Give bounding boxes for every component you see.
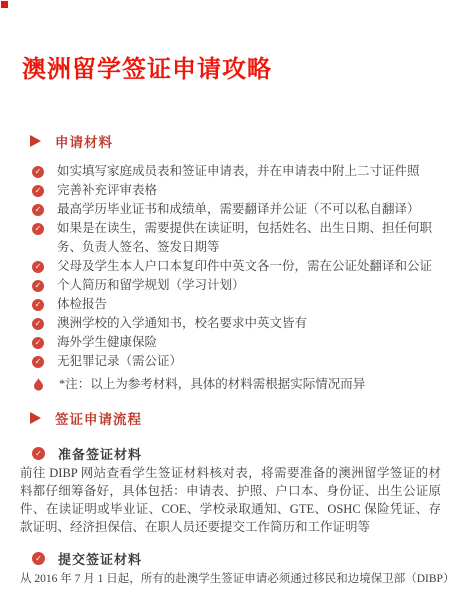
step-title: 准备签证材料: [58, 444, 142, 463]
corner-mark: [1, 1, 8, 8]
check-circle-icon: ✓: [32, 261, 44, 273]
step-submit-header: ✓ 提交签证材料: [20, 550, 441, 566]
list-item-text: 个人简历和留学规划（学习计划）: [57, 276, 441, 295]
page-title: 澳洲留学签证申请攻略: [20, 0, 441, 85]
list-item: ✓ 个人简历和留学规划（学习计划）: [20, 276, 441, 295]
check-circle-icon: ✓: [32, 204, 44, 216]
check-circle-icon: ✓: [32, 166, 44, 178]
list-item: ✓ 父母及学生本人户口本复印件中英文各一份，需在公证处翻译和公证: [20, 257, 441, 276]
section-title: 申请材料: [55, 131, 113, 151]
list-item-text: 澳洲学校的入学通知书，校名要求中英文皆有: [57, 314, 441, 333]
section-title: 签证申请流程: [55, 408, 142, 428]
check-circle-icon: ✓: [32, 447, 45, 460]
check-circle-icon: ✓: [32, 185, 44, 197]
list-item-text: 完善补充评审表格: [57, 181, 441, 200]
check-circle-icon: ✓: [32, 318, 44, 330]
check-circle-icon: ✓: [32, 337, 44, 349]
list-item-text: 海外学生健康保险: [57, 333, 441, 352]
list-item: ✓ 无犯罪记录（需公证）: [20, 352, 441, 371]
list-item-text: 如果是在读生，需要提供在读证明，包括姓名、出生日期、担任何职务、负责人签名、签发…: [57, 219, 441, 257]
step-title: 提交签证材料: [58, 549, 142, 568]
list-item: ✓ 完善补充评审表格: [20, 181, 441, 200]
list-item-text: 体检报告: [57, 295, 441, 314]
check-circle-icon: ✓: [32, 356, 44, 368]
list-item: ✓ 体检报告: [20, 295, 441, 314]
section-process-header: 签证申请流程: [20, 410, 441, 426]
list-item: ✓ 最高学历毕业证书和成绩单，需要翻译并公证（不可以私自翻译）: [20, 200, 441, 219]
play-triangle-icon: [30, 412, 41, 424]
list-item: ✓ 如果是在读生，需要提供在读证明，包括姓名、出生日期、担任何职务、负责人签名、…: [20, 219, 441, 257]
list-item-text: 如实填写家庭成员表和签证申请表，并在申请表中附上二寸证件照: [57, 162, 441, 181]
play-triangle-icon: [30, 135, 41, 147]
list-item: ✓ 海外学生健康保险: [20, 333, 441, 352]
list-item-text: 最高学历毕业证书和成绩单，需要翻译并公证（不可以私自翻译）: [57, 200, 441, 219]
section-materials-header: 申请材料: [20, 133, 441, 149]
flame-icon: [33, 378, 44, 396]
step-prepare-body: 前往 DIBP 网站查看学生签证材料核对表，将需要准备的澳洲留学签证的材料都仔细…: [20, 464, 441, 536]
step-prepare-header: ✓ 准备签证材料: [20, 445, 441, 461]
step-submit-body: 从 2016 年 7 月 1 日起，所有的赴澳学生签证申请必须通过移民和边境保卫…: [20, 570, 441, 588]
check-circle-icon: ✓: [32, 280, 44, 292]
check-circle-icon: ✓: [32, 223, 44, 235]
document-page: 澳洲留学签证申请攻略 申请材料 ✓ 如实填写家庭成员表和签证申请表，并在申请表中…: [0, 0, 455, 600]
note-row: *注：以上为参考材料，具体的材料需根据实际情况而异: [20, 375, 441, 396]
check-circle-icon: ✓: [32, 552, 45, 565]
note-text: *注：以上为参考材料，具体的材料需根据实际情况而异: [59, 375, 365, 394]
check-circle-icon: ✓: [32, 299, 44, 311]
materials-list: ✓ 如实填写家庭成员表和签证申请表，并在申请表中附上二寸证件照 ✓ 完善补充评审…: [20, 162, 441, 371]
list-item-text: 父母及学生本人户口本复印件中英文各一份，需在公证处翻译和公证: [57, 257, 441, 276]
list-item-text: 无犯罪记录（需公证）: [57, 352, 441, 371]
list-item: ✓ 澳洲学校的入学通知书，校名要求中英文皆有: [20, 314, 441, 333]
list-item: ✓ 如实填写家庭成员表和签证申请表，并在申请表中附上二寸证件照: [20, 162, 441, 181]
